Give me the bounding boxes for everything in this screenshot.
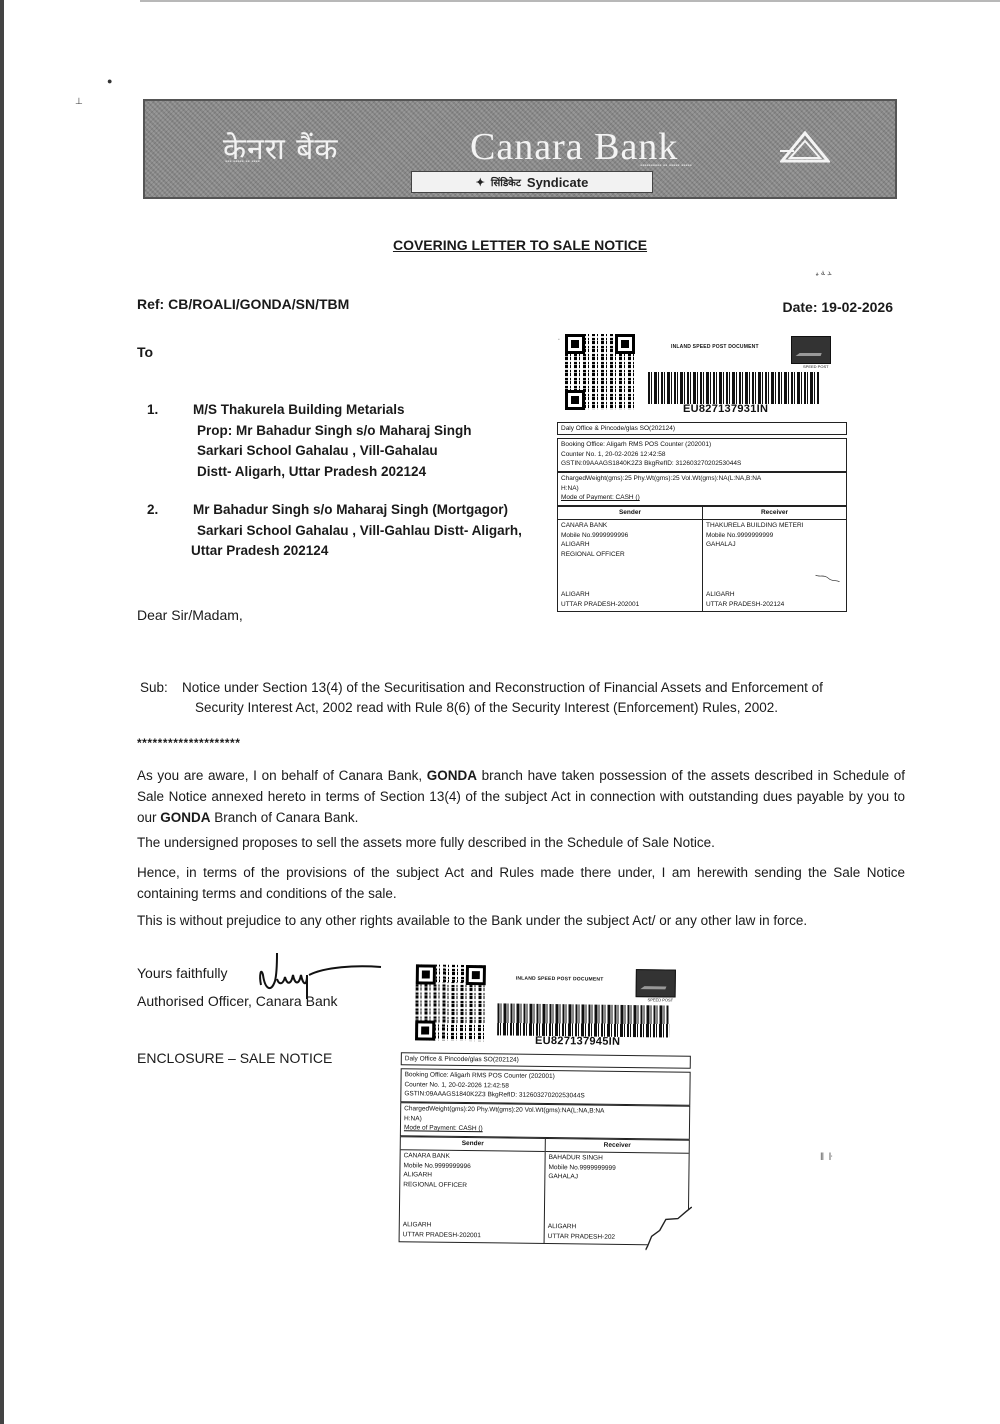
receipt-header: INLAND SPEED POST DOCUMENT: [671, 344, 759, 350]
syndicate-hindi: सिंडिकेट: [491, 175, 521, 189]
booking-details: Booking Office: Aligarh RMS POS Counter …: [557, 438, 847, 472]
sender-line: UTTAR PRADESH-202001: [403, 1230, 481, 1240]
barcode-icon: [648, 372, 820, 404]
sender-line: ALIGARH: [561, 590, 639, 600]
addressee-line: M/S Thakurela Building Metarials: [193, 400, 472, 421]
addressee-number: 2.: [147, 500, 158, 521]
syndicate-logo-icon: ✦: [476, 176, 485, 189]
receiver-line: UTTAR PRADESH-202124: [706, 600, 784, 610]
receiver-line: UTTAR PRADESH-202: [548, 1232, 616, 1242]
logo-caption: SPEED POST: [648, 997, 674, 1002]
torn-edge-icon: [804, 573, 850, 597]
addressee-line: Uttar Pradesh 202124: [191, 541, 522, 562]
letterhead-banner: केनरा बैंक ▪▪▪ ▪▪▪▪▪ ▪▪ ▪▪▪▪ Canara Bank…: [143, 99, 897, 199]
document-title: COVERING LETTER TO SALE NOTICE: [0, 237, 1000, 253]
sender-line: REGIONAL OFFICER: [561, 550, 699, 560]
booking-line: GSTIN:09AAAGS1840K2Z3 BkgRefID: 31260327…: [561, 459, 843, 469]
subject-line-2: Security Interest Act, 2002 read with Ru…: [195, 698, 910, 718]
sender-column: Sender CANARA BANK Mobile No.9999999996 …: [558, 507, 703, 611]
handwritten-mark: ǁ ŀ: [820, 1152, 833, 1163]
receiver-line: GAHALAJ: [706, 540, 843, 550]
addressee-line: Distt- Aligarh, Uttar Pradesh 202124: [193, 462, 472, 483]
addressee-number: 1.: [147, 400, 158, 421]
sender-line: Mobile No.9999999996: [561, 531, 699, 541]
qr-code-icon: [565, 334, 635, 410]
subject-line-1: Notice under Section 13(4) of the Securi…: [182, 678, 910, 698]
separator: ********************: [137, 736, 240, 750]
receiver-line: Mobile No.9999999999: [706, 531, 843, 541]
addressee-line: Prop: Mr Bahadur Singh s/o Maharaj Singh: [193, 421, 472, 442]
signatory-title: Authorised Officer, Canara Bank: [137, 993, 338, 1009]
branch-name: GONDA: [427, 768, 477, 783]
text: Branch of Canara Bank.: [211, 810, 359, 825]
delivery-office: Daly Office & Pincode/glas SO(202124): [557, 422, 847, 435]
sender-line: UTTAR PRADESH-202001: [561, 600, 639, 610]
canara-logo-icon: [780, 131, 830, 165]
scan-speck: ⊥: [75, 96, 83, 107]
booking-details: Booking Office: Aligarh RMS POS Counter …: [400, 1068, 690, 1106]
receiver-column: Receiver BAHADUR SINGH Mobile No.9999999…: [545, 1139, 689, 1245]
addressee-line: Sarkari School Gahalau , Vill-Gahalau: [193, 441, 472, 462]
handwritten-mark: ﺪ ﺔ ﻴ: [816, 268, 831, 277]
torn-edge-icon: [645, 1206, 692, 1251]
subject-block: Sub: Notice under Section 13(4) of the S…: [140, 678, 910, 718]
sender-line: REGIONAL OFFICER: [403, 1180, 541, 1191]
body-paragraph-4: This is without prejudice to any other r…: [137, 910, 905, 931]
body-paragraph-3: Hence, in terms of the provisions of the…: [137, 862, 905, 904]
body-paragraph-2: The undersigned proposes to sell the ass…: [137, 832, 905, 853]
closing-text: Yours faithfully: [137, 965, 228, 981]
barcode-icon: [497, 1003, 669, 1037]
text: As you are aware, I on behalf of Canara …: [137, 768, 427, 783]
body-paragraph-1: As you are aware, I on behalf of Canara …: [137, 765, 905, 828]
subject-label: Sub:: [140, 678, 168, 698]
charge-details: ChargedWeight(gms):25 Phy.Wt(gms):25 Vol…: [557, 472, 847, 506]
sender-receiver-table: Sender CANARA BANK Mobile No.9999999996 …: [399, 1136, 690, 1246]
reference-number: Ref: CB/ROALI/GONDA/SN/TBM: [137, 296, 349, 312]
speed-post-receipt-2: INLAND SPEED POST DOCUMENT SPEED POST EU…: [398, 960, 698, 964]
scan-speck: ●: [107, 76, 112, 86]
qr-code-icon: [415, 964, 486, 1041]
charge-line: Mode of Payment: CASH (): [561, 493, 843, 503]
tracking-number: EU827137945IN: [535, 1035, 620, 1048]
to-label: To: [137, 344, 153, 360]
salutation: Dear Sir/Madam,: [137, 607, 243, 623]
booking-line: Counter No. 1, 20-02-2026 12:42:58: [561, 450, 843, 460]
charge-details: ChargedWeight(gms):20 Phy.Wt(gms):20 Vol…: [400, 1102, 690, 1140]
receiver-line: ALIGARH: [548, 1222, 616, 1232]
scan-edge: [0, 0, 4, 1424]
banner-tagline: ▪▪▪ ▪▪▪▪▪ ▪▪ ▪▪▪▪: [225, 159, 260, 165]
branch-name: GONDA: [160, 810, 210, 825]
syndicate-badge: ✦ सिंडिकेट Syndicate: [411, 171, 653, 193]
booking-line: GSTIN:09AAAGS1840K2Z3 BkgRefID: 31260327…: [404, 1089, 686, 1102]
sender-heading: Sender: [558, 507, 702, 520]
receiver-heading: Receiver: [703, 507, 846, 520]
sender-column: Sender CANARA BANK Mobile No.9999999996 …: [400, 1137, 546, 1243]
speed-post-logo-icon: [791, 336, 831, 364]
charge-line: Mode of Payment: CASH (): [404, 1123, 686, 1136]
addressee-line: Mr Bahadur Singh s/o Maharaj Singh (Mort…: [193, 500, 522, 521]
scan-edge-top: [140, 0, 1000, 2]
tracking-number: EU827137931IN: [683, 403, 768, 415]
syndicate-name: Syndicate: [527, 175, 588, 190]
receipt-header: INLAND SPEED POST DOCUMENT: [516, 976, 604, 983]
sender-receiver-table: Sender CANARA BANK Mobile No.9999999996 …: [557, 506, 847, 612]
logo-caption: SPEED POST: [803, 364, 829, 369]
letter-page: ● ⊥ केनरा बैंक ▪▪▪ ▪▪▪▪▪ ▪▪ ▪▪▪▪ Canara …: [0, 0, 1000, 1424]
sender-line: CANARA BANK: [561, 521, 699, 531]
enclosure-note: ENCLOSURE – SALE NOTICE: [137, 1050, 332, 1066]
receiver-line: GAHALAJ: [548, 1172, 685, 1183]
receiver-line: ALIGARH: [706, 590, 784, 600]
receiver-column: Receiver THAKURELA BUILDING METERI Mobil…: [703, 507, 846, 611]
sender-line: ALIGARH: [403, 1220, 481, 1230]
receiver-line: THAKURELA BUILDING METERI: [706, 521, 843, 531]
delivery-office: Daly Office & Pincode/glas SO(202124): [401, 1052, 691, 1069]
charge-line: ChargedWeight(gms):25 Phy.Wt(gms):25 Vol…: [561, 474, 843, 484]
banner-tagline-en: ▪▪▪▪▪▪▪▪▪▪ ▪▪ ▪▪▪▪▪ ▪▪▪▪▪: [640, 163, 692, 169]
sender-line: ALIGARH: [561, 540, 699, 550]
charge-line: H:NA): [561, 484, 843, 494]
addressee-line: Sarkari School Gahalau , Vill-Gahlau Dis…: [193, 521, 522, 542]
letter-date: Date: 19-02-2026: [782, 299, 893, 315]
speed-post-logo-icon: [636, 969, 676, 997]
booking-line: Booking Office: Aligarh RMS POS Counter …: [561, 440, 843, 450]
